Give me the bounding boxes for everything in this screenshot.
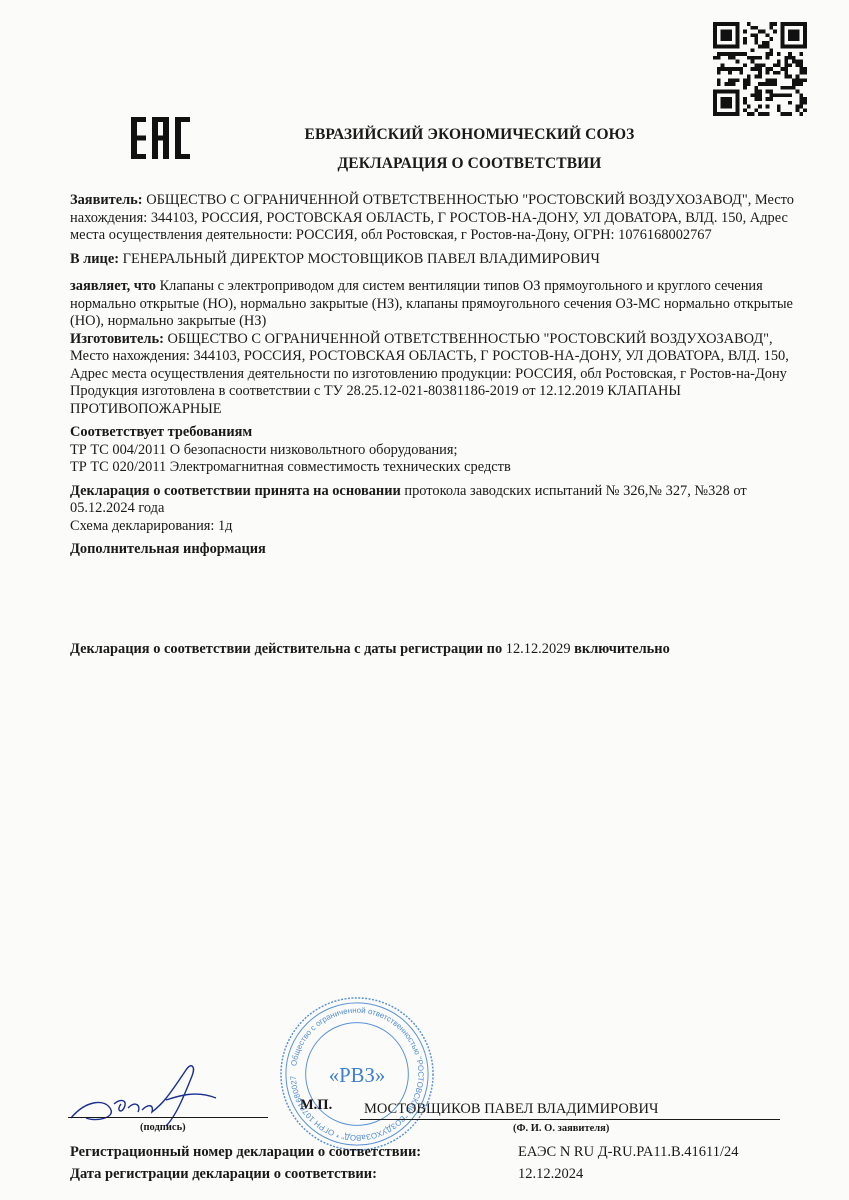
- seal-label: М.П.: [300, 1097, 332, 1114]
- qr-code-icon[interactable]: [713, 22, 807, 116]
- stamp-center-text: «РВЗ»: [329, 1065, 385, 1087]
- manufacturer-section: Изготовитель: ОБЩЕСТВО С ОГРАНИЧЕННОЙ ОТ…: [70, 331, 800, 384]
- representative-section: В лице: ГЕНЕРАЛЬНЫЙ ДИРЕКТОР МОСТОВЩИКОВ…: [70, 251, 800, 269]
- applicant-label: Заявитель:: [70, 192, 143, 208]
- requirement-item: ТР ТС 020/2011 Электромагнитная совмести…: [70, 459, 800, 477]
- name-caption: (Ф. И. О. заявителя): [513, 1123, 609, 1134]
- registration-date-label: Дата регистрации декларации о соответств…: [70, 1166, 377, 1183]
- requirements-label: Соответствует требованиям: [70, 424, 800, 442]
- company-stamp-icon: Общество с ограниченной ответственностью…: [278, 995, 436, 1153]
- basis-section: Декларация о соответствии принята на осн…: [70, 483, 800, 518]
- signature-scribble-icon: [66, 1060, 256, 1130]
- requirement-item: ТР ТС 004/2011 О безопасности низковольт…: [70, 442, 800, 460]
- production-text: Продукция изготовлена в соответствии с Т…: [70, 383, 800, 418]
- declares-label: заявляет, что: [70, 278, 156, 294]
- representative-label: В лице:: [70, 251, 119, 267]
- manufacturer-label: Изготовитель:: [70, 331, 164, 347]
- validity-label: Декларация о соответствии действительна …: [70, 641, 502, 657]
- declaration-body: Заявитель: ОБЩЕСТВО С ОГРАНИЧЕННОЙ ОТВЕТ…: [70, 192, 800, 559]
- signature-line: [68, 1117, 268, 1118]
- validity-date: 12.12.2029: [506, 641, 571, 657]
- registration-number-label: Регистрационный номер декларации о соотв…: [70, 1144, 421, 1161]
- validity-section: Декларация о соответствии действительна …: [70, 641, 800, 659]
- document-title: ДЕКЛАРАЦИЯ О СООТВЕТСТВИИ: [0, 155, 849, 173]
- applicant-text: ОБЩЕСТВО С ОГРАНИЧЕННОЙ ОТВЕТСТВЕННОСТЬЮ…: [70, 192, 794, 243]
- additional-info-label: Дополнительная информация: [70, 541, 800, 559]
- declares-text: Клапаны с электроприводом для систем вен…: [70, 278, 793, 329]
- declares-section: заявляет, что Клапаны с электроприводом …: [70, 278, 800, 331]
- applicant-section: Заявитель: ОБЩЕСТВО С ОГРАНИЧЕННОЙ ОТВЕТ…: [70, 192, 800, 245]
- union-title: ЕВРАЗИЙСКИЙ ЭКОНОМИЧЕСКИЙ СОЮЗ: [0, 126, 849, 144]
- registration-date: 12.12.2024: [518, 1166, 583, 1183]
- applicant-name: МОСТОВЩИКОВ ПАВЕЛ ВЛАДИМИРОВИЧ: [364, 1101, 658, 1118]
- manufacturer-text: ОБЩЕСТВО С ОГРАНИЧЕННОЙ ОТВЕТСТВЕННОСТЬЮ…: [70, 331, 789, 382]
- representative-text: ГЕНЕРАЛЬНЫЙ ДИРЕКТОР МОСТОВЩИКОВ ПАВЕЛ В…: [123, 251, 600, 267]
- validity-suffix: включительно: [574, 641, 670, 657]
- scheme-text: Схема декларирования: 1д: [70, 518, 800, 536]
- registration-number: ЕАЭС N RU Д-RU.PA11.B.41611/24: [518, 1144, 739, 1161]
- name-line: [360, 1119, 780, 1120]
- basis-label: Декларация о соответствии принята на осн…: [70, 483, 401, 499]
- signature-caption: (подпись): [140, 1122, 186, 1133]
